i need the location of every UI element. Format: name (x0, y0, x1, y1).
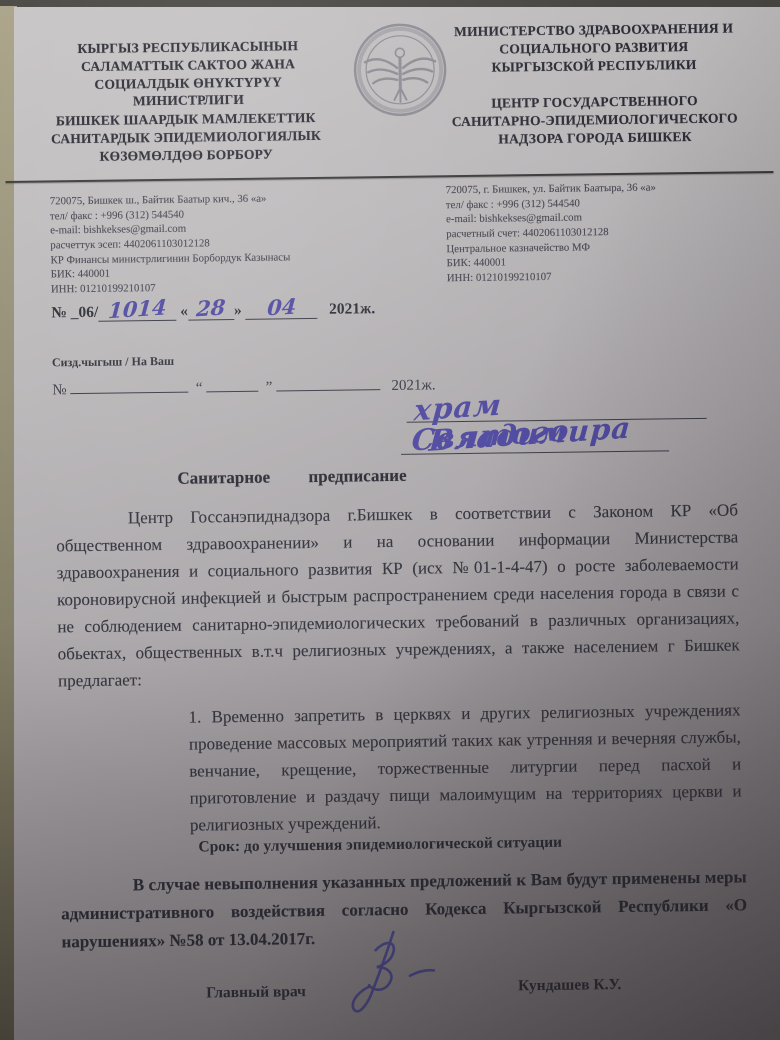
blank-number-field (70, 375, 188, 395)
year-label: 2021ж. (329, 300, 375, 318)
contact-block-right: 720075, г. Бишкек, ул. Байтик Баатыра, 3… (446, 179, 767, 286)
blank-month-field (276, 372, 380, 391)
contact-line: ИНН: 01210199210107 (447, 267, 767, 286)
letter-content: КЫРГЫЗ РЕСПУБЛИКАСЫНЫН САЛАМАТТЫК САКТОО… (0, 0, 780, 1040)
contact-block-left: 720075, Бишкек ш., Байтик Баатыр кич., 3… (50, 190, 391, 297)
blank-no-label: № (52, 382, 67, 398)
incoming-number-line: № “ ” 2021ж. (52, 371, 436, 399)
blank-day-field (206, 374, 258, 393)
quote-close: » (234, 302, 242, 319)
number-prefix: № _06/ (51, 304, 98, 322)
signer-name: Кундашев К.У. (518, 976, 621, 995)
addressee-line2-rule: Владимира (401, 417, 669, 455)
blank-quote1: “ (196, 380, 203, 396)
blank-quote2: ” (266, 380, 273, 396)
org-line: САЛАМАТТЫК САКТОО ЖАНА (46, 55, 330, 77)
handwritten-month: 04 (267, 301, 297, 313)
title-word1: Санитарное (177, 468, 270, 488)
body-item-1: 1. Временно запретить в церквях и других… (188, 696, 742, 838)
number-blank: 1014 (98, 303, 176, 322)
header-right-center: ЦЕНТР ГОСУДАРСТВЕННОГО САНИТАРНО-ЭПИДЕМИ… (426, 91, 763, 149)
body-paragraph-1: Центр Госсанэпиднадзора г.Бишкек в соотв… (56, 496, 740, 694)
header-left-center: БИШКЕК ШААРДЫК МАМЛЕКЕТТИК САНИТАРДЫК ЭП… (35, 109, 338, 166)
signature-scribble-icon (335, 927, 456, 1024)
day-blank: 28 (188, 302, 234, 321)
month-blank: 04 (245, 301, 317, 320)
org-line: КЫРГЫЗСКОЙ РЕСПУБЛИКИ (426, 55, 762, 77)
quote-open: « (180, 303, 188, 320)
header-left-org: КЫРГЫЗ РЕСПУБЛИКАСЫНЫН САЛАМАТТЫК САКТОО… (46, 37, 331, 112)
handwritten-day: 28 (196, 302, 226, 314)
outgoing-number-line: № _06/1014 «28» 04 2021ж. (51, 300, 375, 322)
document-photo: КЫРГЫЗ РЕСПУБЛИКАСЫНЫН САЛАМАТТЫК САКТОО… (0, 0, 780, 1040)
document-title: Санитарное предписание (177, 466, 406, 489)
title-word2: предписание (308, 466, 406, 486)
signer-role: Главный врач (206, 983, 306, 1002)
deadline-line: Срок: до улучшения эпидемиологической си… (60, 832, 700, 858)
handwritten-addressee: храм Святого Владимира (406, 384, 729, 455)
incoming-ref-label: Сизд.чыгыш / На Ваш (52, 354, 174, 371)
header-right-org: МИНИСТЕРСТВО ЗДРАВООХРАНЕНИЯ И СОЦИАЛЬНО… (426, 19, 763, 77)
handwritten-number: 1014 (108, 302, 167, 316)
